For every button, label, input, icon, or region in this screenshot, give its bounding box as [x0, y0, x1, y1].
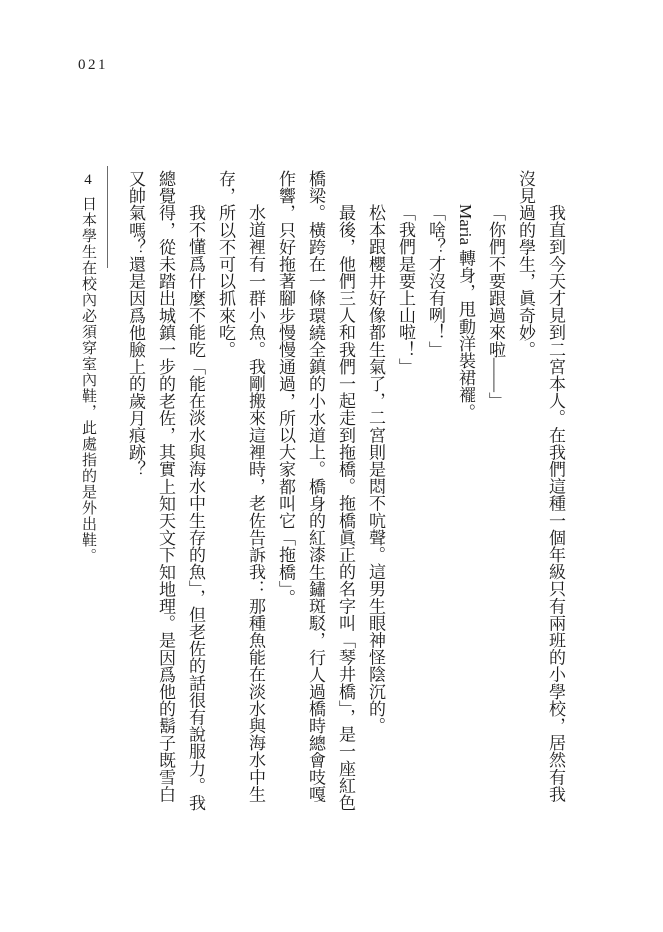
paragraph-dialogue-dont-follow: 「你們不要跟過來啦——」	[480, 170, 510, 818]
page-number: 021	[78, 57, 108, 74]
paragraph-canal-fish: 水道裡有一群小魚。我剛搬來這裡時，老佐告訴我：那種魚能在淡水與海水中生存，所以不…	[210, 170, 270, 818]
paragraph-narrative-intro: 我直到今天才見到二宮本人。在我們這種一個年級只有兩班的小學校，居然有我沒見過的學…	[510, 170, 570, 818]
paragraph-dialogue-mountain: 「我們是要上山啦！」	[390, 170, 420, 818]
footnote: 4日本學生在校內必須穿室內鞋，此處指的是外出鞋。	[77, 172, 98, 652]
footnote-text: 日本學生在校內必須穿室內鞋，此處指的是外出鞋。	[80, 196, 96, 564]
paragraph-maria-turns: Maria 轉身，甩動洋裝裙襬。	[450, 170, 480, 818]
paragraph-matsumoto-angry: 松本跟櫻井好像都生氣了，二宮則是悶不吭聲。這男生眼神怪陰沉的。	[360, 170, 390, 818]
main-text-block: 我直到今天才見到二宮本人。在我們這種一個年級只有兩班的小學校，居然有我沒見過的學…	[120, 170, 570, 818]
footnote-separator-line	[107, 166, 108, 268]
paragraph-dialogue-what: 「啥？才沒有咧！」	[420, 170, 450, 818]
footnote-marker: 4	[80, 172, 96, 196]
paragraph-drag-bridge: 最後，他們三人和我們一起走到拖橋。拖橋眞正的名字叫「琴井橋」，是一座紅色橋梁。橫…	[270, 170, 360, 818]
book-page: 021 我直到今天才見到二宮本人。在我們這種一個年級只有兩班的小學校，居然有我沒…	[0, 0, 663, 932]
paragraph-old-sa-wisdom: 我不懂爲什麼不能吃「能在淡水與海水中生存的魚」，但老佐的話很有說服力。我總覺得，…	[120, 170, 210, 818]
